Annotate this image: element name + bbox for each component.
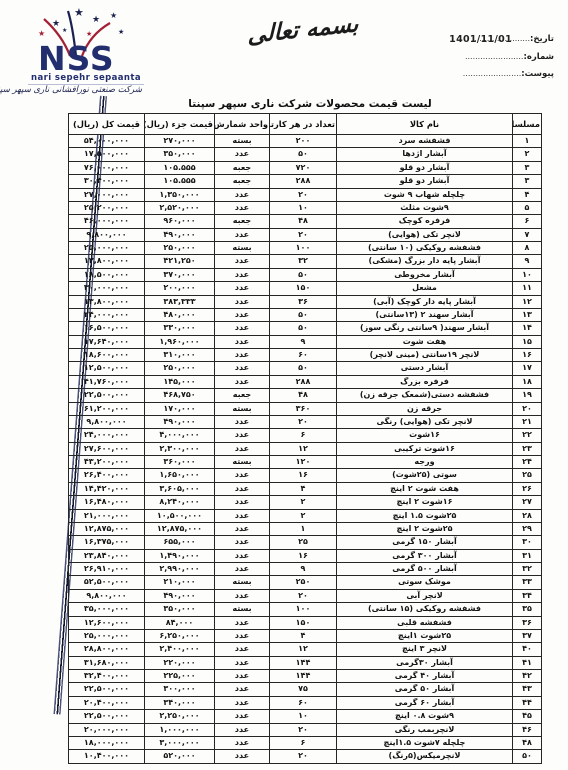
cell-qty: ۲۰ (270, 750, 337, 763)
cell-total: ۲۶,۹۱۰,۰۰۰ (69, 563, 145, 576)
cell-name: هفت شوت ۲ اینچ (337, 482, 513, 495)
cell-name: لانچر تکی (هوایی) (337, 228, 513, 241)
cell-total: ۲۵,۰۰۰,۰۰۰ (69, 242, 145, 255)
svg-text:★: ★ (110, 11, 117, 20)
cell-unit: عدد (215, 295, 270, 308)
cell-unit: عدد (215, 723, 270, 736)
table-row: ۳۶فشفشه قلبی۱۵۰عدد۸۴,۰۰۰۱۲,۶۰۰,۰۰۰ (69, 616, 542, 629)
cell-name: آبشار دو قلو (337, 175, 513, 188)
svg-text:★: ★ (62, 27, 67, 34)
table-row: ۳۳موشک سوتی۲۵۰بسته۲۱۰,۰۰۰۵۲,۵۰۰,۰۰۰ (69, 576, 542, 589)
cell-name: آبشار ۳۰گرمی (337, 656, 513, 669)
field-number: شماره:....................... (404, 52, 554, 70)
cell-name: ۲۵شوت ۱اینچ (337, 629, 513, 642)
cell-qty: ۵۰ (270, 322, 337, 335)
cell-qty: ۱۶ (270, 469, 337, 482)
cell-unit: عدد (215, 670, 270, 683)
cell-unit-price: ۴۶۸,۷۵۰ (145, 389, 215, 402)
cell-unit: عدد (215, 282, 270, 295)
cell-unit-price: ۶,۲۵۰,۰۰۰ (145, 629, 215, 642)
table-row: ۲۹۲۵شوت ۲ اینچ۱عدد۱۲,۸۷۵,۰۰۰۱۲,۸۷۵,۰۰۰ (69, 522, 542, 535)
cell-qty: ۲۸۸ (270, 375, 337, 388)
cell-name: ۱۶شوت ۲ اینچ (337, 496, 513, 509)
cell-qty: ۱۰۰ (270, 242, 337, 255)
cell-unit: عدد (215, 335, 270, 348)
cell-serial: ۲۱ (513, 415, 542, 428)
cell-unit-price: ۱۴۵,۰۰۰ (145, 375, 215, 388)
cell-unit-price: ۴۹۰,۰۰۰ (145, 589, 215, 602)
cell-name: آبشار ۶۰ گرمی (337, 696, 513, 709)
table-row: ۴۳آبشار ۵۰ گرمی۷۵عدد۳۰۰,۰۰۰۲۲,۵۰۰,۰۰۰ (69, 683, 542, 696)
svg-text:★: ★ (92, 15, 100, 25)
cell-unit-price: ۱,۶۵۰,۰۰۰ (145, 469, 215, 482)
cell-unit-price: ۲,۴۰۰,۰۰۰ (145, 643, 215, 656)
cell-name: ورجه (337, 456, 513, 469)
table-row: ۲۰جرقه زن۳۶۰بسته۱۷۰,۰۰۰۶۱,۲۰۰,۰۰۰ (69, 402, 542, 415)
cell-unit: جعبه (215, 215, 270, 228)
header-unit-price: قیمت جزء (ریال) (145, 114, 215, 135)
cell-unit: بسته (215, 242, 270, 255)
cell-unit: عدد (215, 442, 270, 455)
cell-name: آبشار پایه دار کوچک (آبی) (337, 295, 513, 308)
cell-qty: ۲۰ (270, 723, 337, 736)
header-qty: تعداد در هر کارتن (270, 114, 337, 135)
cell-total: ۲۵,۰۰۰,۰۰۰ (69, 629, 145, 642)
cell-qty: ۱۲ (270, 643, 337, 656)
table-row: ۱۸فرفره بزرگ۲۸۸عدد۱۴۵,۰۰۰۴۱,۷۶۰,۰۰۰ (69, 375, 542, 388)
cell-qty: ۶ (270, 736, 337, 749)
cell-unit: عدد (215, 629, 270, 642)
cell-serial: ۱۶ (513, 349, 542, 362)
table-row: ۲۲۱۶شوت۶عدد۴,۰۰۰,۰۰۰۲۴,۰۰۰,۰۰۰ (69, 429, 542, 442)
cell-serial: ۳ (513, 161, 542, 174)
cell-unit-price: ۱,۰۰۰,۰۰۰ (145, 723, 215, 736)
table-row: ۱۳آبشار سهند ۲ (۱۳سانتی)۵۰عدد۴۸۰,۰۰۰۲۴,۰… (69, 308, 542, 321)
cell-total: ۲۳,۸۴۰,۰۰۰ (69, 549, 145, 562)
cell-total: ۱۶,۵۰۰,۰۰۰ (69, 322, 145, 335)
cell-name: آبشار مخروطی (337, 268, 513, 281)
cell-total: ۱۷,۶۴۰,۰۰۰ (69, 335, 145, 348)
cell-total: ۱۸,۰۰۰,۰۰۰ (69, 736, 145, 749)
cell-unit: عدد (215, 375, 270, 388)
cell-name: لانچر ۱۹سانتی (مینی لانچر) (337, 349, 513, 362)
cell-unit-price: ۲,۹۹۰,۰۰۰ (145, 563, 215, 576)
cell-unit-price: ۹۶۰,۰۰۰ (145, 215, 215, 228)
cell-name: موشک سوتی (337, 576, 513, 589)
cell-serial: ۴۲ (513, 670, 542, 683)
cell-serial: ۴۵ (513, 710, 542, 723)
svg-text:★: ★ (74, 6, 84, 19)
logo-acronym: NSS (38, 42, 142, 75)
cell-total: ۲۴,۰۰۰,۰۰۰ (69, 429, 145, 442)
cell-unit-price: ۲۷۰,۰۰۰ (145, 135, 215, 148)
cell-unit-price: ۳,۶۰۵,۰۰۰ (145, 482, 215, 495)
cell-qty: ۵۰ (270, 148, 337, 161)
cell-unit: عدد (215, 148, 270, 161)
cell-qty: ۱۰ (270, 710, 337, 723)
cell-name: آبشار ۵۰ گرمی (337, 683, 513, 696)
cell-name: آبشار سهند( ۹سانتی رنگی سوز) (337, 322, 513, 335)
cell-total: ۵۲,۵۰۰,۰۰۰ (69, 576, 145, 589)
document-meta: 1401/11/01 تاریخ:.......................… (404, 34, 554, 87)
table-row: ۵۹شوت مثلث۱۰عدد۲,۵۲۰,۰۰۰۲۵,۲۰۰,۰۰۰ (69, 201, 542, 214)
cell-unit: بسته (215, 402, 270, 415)
header-unit: واحد شمارش (215, 114, 270, 135)
cell-name: فرفره کوچک (337, 215, 513, 228)
cell-serial: ۵ (513, 201, 542, 214)
header-total: قیمت کل (ریال) (69, 114, 145, 135)
cell-unit: عدد (215, 696, 270, 709)
cell-name: لانچر آبی (337, 589, 513, 602)
cell-serial: ۳۲ (513, 563, 542, 576)
cell-serial: ۲ (513, 148, 542, 161)
cell-serial: ۴۴ (513, 696, 542, 709)
cell-name: مشعل (337, 282, 513, 295)
company-logo: ★ ★ ★ ★ ★ ★ ★ ★ NSS nari sepehr sepaanta… (26, 6, 146, 102)
cell-total: ۴۶,۰۰۰,۰۰۰ (69, 215, 145, 228)
cell-unit-price: ۴,۰۰۰,۰۰۰ (145, 429, 215, 442)
cell-serial: ۲۰ (513, 402, 542, 415)
cell-total: ۵۴,۰۰۰,۰۰۰ (69, 135, 145, 148)
cell-total: ۱۷,۵۰۰,۰۰۰ (69, 148, 145, 161)
cell-name: آبشار ۴۰ گرمی (337, 670, 513, 683)
table-row: ۲۱لانچر تکی (هوایی) رنگی۲۰عدد۴۹۰,۰۰۰۹,۸۰… (69, 415, 542, 428)
svg-text:★: ★ (118, 28, 124, 36)
table-row: ۴۰لانچر ۳ اینچ۱۲عدد۲,۴۰۰,۰۰۰۲۸,۸۰۰,۰۰۰ (69, 643, 542, 656)
table-row: ۸فشفشه روکیکی (۱۰ سانتی)۱۰۰بسته۲۵۰,۰۰۰۲۵… (69, 242, 542, 255)
header-row: مسلسل نام کالا تعداد در هر کارتن واحد شم… (69, 114, 542, 135)
cell-serial: ۲۳ (513, 442, 542, 455)
cell-serial: ۱ (513, 135, 542, 148)
cell-unit-price: ۱,۹۶۰,۰۰۰ (145, 335, 215, 348)
field-number-dots: ....................... (465, 52, 524, 61)
cell-qty: ۵۰ (270, 268, 337, 281)
besmele-calligraphy: بسمه تعالی (228, 8, 377, 51)
cell-unit: بسته (215, 456, 270, 469)
cell-qty: ۲۵۰ (270, 576, 337, 589)
cell-qty: ۲۸۸ (270, 175, 337, 188)
cell-serial: ۱۲ (513, 295, 542, 308)
cell-unit-price: ۴۹۰,۰۰۰ (145, 415, 215, 428)
cell-unit-price: ۲۵۰,۰۰۰ (145, 362, 215, 375)
cell-unit-price: ۳۴۰,۰۰۰ (145, 696, 215, 709)
cell-total: ۲۸,۸۰۰,۰۰۰ (69, 643, 145, 656)
cell-unit: عدد (215, 415, 270, 428)
cell-serial: ۲۹ (513, 522, 542, 535)
cell-total: ۲۵,۲۰۰,۰۰۰ (69, 201, 145, 214)
cell-unit: عدد (215, 255, 270, 268)
cell-total: ۳۰,۰۰۰,۰۰۰ (69, 282, 145, 295)
cell-unit-price: ۱۰,۵۰۰,۰۰۰ (145, 509, 215, 522)
table-row: ۴۴آبشار ۶۰ گرمی۶۰عدد۳۴۰,۰۰۰۲۰,۴۰۰,۰۰۰ (69, 696, 542, 709)
table-row: ۳آبشار دو قلو۲۸۸جعبه۱۰۵.۵۵۵۳۰,۴۰۰,۰۰۰ (69, 175, 542, 188)
cell-qty: ۲۵ (270, 536, 337, 549)
cell-total: ۱۸,۵۰۰,۰۰۰ (69, 268, 145, 281)
cell-serial: ۳۷ (513, 629, 542, 642)
header-serial: مسلسل (513, 114, 542, 135)
cell-unit: عدد (215, 616, 270, 629)
cell-total: ۷۶,۰۰۰,۰۰۰ (69, 161, 145, 174)
cell-name: فشفشه روکیکی (۱۰ سانتی) (337, 242, 513, 255)
cell-serial: ۱۷ (513, 362, 542, 375)
cell-qty: ۱۰ (270, 201, 337, 214)
cell-unit-price: ۲۵۰,۰۰۰ (145, 242, 215, 255)
cell-unit: عدد (215, 710, 270, 723)
cell-name: لانچر تکی (هوایی) رنگی (337, 415, 513, 428)
cell-unit: عدد (215, 750, 270, 763)
cell-serial: ۴ (513, 188, 542, 201)
field-attachment-dots: ....................... (463, 69, 522, 78)
cell-total: ۳۱,۶۸۰,۰۰۰ (69, 656, 145, 669)
cell-qty: ۱ (270, 522, 337, 535)
cell-name: آبشار ۵۰۰ گرمی (337, 563, 513, 576)
cell-serial: ۳ (513, 175, 542, 188)
cell-qty: ۶۰ (270, 696, 337, 709)
cell-qty: ۲۰ (270, 415, 337, 428)
table-row: ۷لانچر تکی (هوایی)۲۰عدد۴۹۰,۰۰۰۹,۸۰۰,۰۰۰ (69, 228, 542, 241)
cell-qty: ۴۸ (270, 215, 337, 228)
table-row: ۱۱مشعل۱۵۰عدد۲۰۰,۰۰۰۳۰,۰۰۰,۰۰۰ (69, 282, 542, 295)
cell-unit-price: ۳۰۰,۰۰۰ (145, 683, 215, 696)
cell-name: ۹شوت ۰.۸ اینچ (337, 710, 513, 723)
table-row: ۲۴ورجه۱۲۰بسته۳۶۰,۰۰۰۴۳,۲۰۰,۰۰۰ (69, 456, 542, 469)
cell-name: ۱۶شوت ترکیبی (337, 442, 513, 455)
cell-qty: ۳۶ (270, 295, 337, 308)
table-row: ۱فشفشه سرد۲۰۰بسته۲۷۰,۰۰۰۵۴,۰۰۰,۰۰۰ (69, 135, 542, 148)
table-row: ۲۵سوتی (۲۵شوت)۱۶عدد۱,۶۵۰,۰۰۰۲۶,۴۰۰,۰۰۰ (69, 469, 542, 482)
cell-serial: ۵۰ (513, 750, 542, 763)
cell-serial: ۹ (513, 255, 542, 268)
cell-name: لانچر ۳ اینچ (337, 643, 513, 656)
cell-serial: ۴۳ (513, 683, 542, 696)
cell-name: آبشار دو قلو (337, 161, 513, 174)
cell-qty: ۱۴۴ (270, 656, 337, 669)
cell-name: فرفره بزرگ (337, 375, 513, 388)
field-attachment-label: پیوست: (521, 69, 554, 79)
svg-text:★: ★ (52, 19, 60, 29)
cell-unit-price: ۳۳۰,۰۰۰ (145, 322, 215, 335)
cell-unit: عدد (215, 736, 270, 749)
cell-unit: عدد (215, 188, 270, 201)
cell-qty: ۱۲ (270, 442, 337, 455)
cell-unit-price: ۳۵۰,۰۰۰ (145, 148, 215, 161)
cell-unit: عدد (215, 268, 270, 281)
cell-unit: عدد (215, 656, 270, 669)
table-row: ۳۷۲۵شوت ۱اینچ۴عدد۶,۲۵۰,۰۰۰۲۵,۰۰۰,۰۰۰ (69, 629, 542, 642)
cell-qty: ۲۰۰ (270, 135, 337, 148)
cell-total: ۱۳,۸۰۰,۰۰۰ (69, 295, 145, 308)
cell-unit: عدد (215, 228, 270, 241)
cell-unit: عدد (215, 522, 270, 535)
cell-serial: ۷ (513, 228, 542, 241)
cell-unit-price: ۸۴,۰۰۰ (145, 616, 215, 629)
cell-unit-price: ۳۵۰,۰۰۰ (145, 603, 215, 616)
cell-qty: ۶۰ (270, 349, 337, 362)
cell-unit: عدد (215, 589, 270, 602)
table-row: ۳۲آبشار ۵۰۰ گرمی۹عدد۲,۹۹۰,۰۰۰۲۶,۹۱۰,۰۰۰ (69, 563, 542, 576)
cell-total: ۳۲,۴۰۰,۰۰۰ (69, 670, 145, 683)
cell-total: ۴۱,۷۶۰,۰۰۰ (69, 375, 145, 388)
cell-unit: عدد (215, 469, 270, 482)
cell-unit-price: ۴۹۰,۰۰۰ (145, 228, 215, 241)
cell-unit-price: ۲,۳۰۰,۰۰۰ (145, 442, 215, 455)
logo-latin-name: nari sepehr sepaanta (28, 73, 144, 85)
table-row: ۱۵هفت شوت۹عدد۱,۹۶۰,۰۰۰۱۷,۶۴۰,۰۰۰ (69, 335, 542, 348)
cell-unit: عدد (215, 496, 270, 509)
cell-name: آبشار دستی (337, 362, 513, 375)
cell-serial: ۱۴ (513, 322, 542, 335)
cell-total: ۹,۸۰۰,۰۰۰ (69, 589, 145, 602)
table-row: ۲آبشار اژدها۵۰عدد۳۵۰,۰۰۰۱۷,۵۰۰,۰۰۰ (69, 148, 542, 161)
cell-serial: ۲۵ (513, 469, 542, 482)
cell-total: ۶۱,۲۰۰,۰۰۰ (69, 402, 145, 415)
cell-total: ۲۰,۴۰۰,۰۰۰ (69, 696, 145, 709)
header-name: نام کالا (337, 114, 513, 135)
cell-total: ۱۳,۸۰۰,۰۰۰ (69, 255, 145, 268)
table-row: ۲۶هفت شوت ۲ اینچ۴عدد۳,۶۰۵,۰۰۰۱۴,۴۲۰,۰۰۰ (69, 482, 542, 495)
cell-total: ۱۸,۶۰۰,۰۰۰ (69, 349, 145, 362)
cell-name: سوتی (۲۵شوت) (337, 469, 513, 482)
cell-name: ۹شوت مثلث (337, 201, 513, 214)
table-row: ۲۷۱۶شوت ۲ اینچ۲عدد۸,۲۴۰,۰۰۰۱۶,۴۸۰,۰۰۰ (69, 496, 542, 509)
cell-unit: عدد (215, 308, 270, 321)
cell-qty: ۴ (270, 629, 337, 642)
cell-unit: عدد (215, 482, 270, 495)
page-title: لیست قیمت محصولات شرکت ناری سپهر سپنتا (110, 98, 510, 110)
table-row: ۴۸چلچله ۷شوت ۱.۵اینچ۶عدد۳,۰۰۰,۰۰۰۱۸,۰۰۰,… (69, 736, 542, 749)
cell-qty: ۴۸ (270, 389, 337, 402)
cell-unit-price: ۲۲۰,۰۰۰ (145, 656, 215, 669)
field-date-label: تاریخ: (530, 34, 554, 44)
cell-unit-price: ۱۲,۸۷۵,۰۰۰ (145, 522, 215, 535)
table-row: ۱۰آبشار مخروطی۵۰عدد۳۷۰,۰۰۰۱۸,۵۰۰,۰۰۰ (69, 268, 542, 281)
cell-serial: ۲۶ (513, 482, 542, 495)
cell-unit: عدد (215, 549, 270, 562)
cell-unit-price: ۸,۲۴۰,۰۰۰ (145, 496, 215, 509)
scanned-price-list-document: ★ ★ ★ ★ ★ ★ ★ ★ NSS nari sepehr sepaanta… (0, 0, 568, 770)
cell-qty: ۱۲۰ (270, 456, 337, 469)
cell-unit-price: ۲۲۵,۰۰۰ (145, 670, 215, 683)
table-row: ۴چلچله شهاب ۹ شوت۲۰عدد۱,۳۵۰,۰۰۰۲۷,۰۰۰,۰۰… (69, 188, 542, 201)
cell-qty: ۹ (270, 563, 337, 576)
cell-serial: ۳۰ (513, 536, 542, 549)
cell-unit-price: ۳۱۰,۰۰۰ (145, 349, 215, 362)
cell-serial: ۲۷ (513, 496, 542, 509)
cell-serial: ۲۲ (513, 429, 542, 442)
cell-unit: عدد (215, 683, 270, 696)
cell-name: آبشار سهند ۲ (۱۳سانتی) (337, 308, 513, 321)
cell-serial: ۳۴ (513, 589, 542, 602)
cell-name: فشفشه روکیکی (۱۵ سانتی) (337, 603, 513, 616)
cell-total: ۲۲,۵۰۰,۰۰۰ (69, 683, 145, 696)
cell-unit-price: ۱,۳۵۰,۰۰۰ (145, 188, 215, 201)
cell-unit-price: ۵۲۰,۰۰۰ (145, 750, 215, 763)
cell-name: فشفشه دستی(شمعک جرقه زن) (337, 389, 513, 402)
cell-serial: ۸ (513, 242, 542, 255)
cell-total: ۲۴,۰۰۰,۰۰۰ (69, 308, 145, 321)
cell-serial: ۳۵ (513, 603, 542, 616)
cell-serial: ۴۱ (513, 656, 542, 669)
cell-total: ۱۲,۶۰۰,۰۰۰ (69, 616, 145, 629)
cell-unit: جعبه (215, 175, 270, 188)
cell-unit-price: ۶۵۵,۰۰۰ (145, 536, 215, 549)
cell-name: جرقه زن (337, 402, 513, 415)
date-value: 1401/11/01 (449, 34, 512, 45)
cell-serial: ۳۱ (513, 549, 542, 562)
cell-qty: ۱۶ (270, 549, 337, 562)
cell-qty: ۲۰ (270, 188, 337, 201)
table-row: ۹آبشار پایه دار بزرگ (مشکی)۳۲عدد۴۲۱,۲۵۰۱… (69, 255, 542, 268)
cell-qty: ۱۴۴ (270, 670, 337, 683)
table-row: ۴۲آبشار ۴۰ گرمی۱۴۴عدد۲۲۵,۰۰۰۳۲,۴۰۰,۰۰۰ (69, 670, 542, 683)
table-row: ۱۷آبشار دستی۵۰عدد۲۵۰,۰۰۰۱۲,۵۰۰,۰۰۰ (69, 362, 542, 375)
cell-qty: ۱۵۰ (270, 282, 337, 295)
cell-qty: ۶ (270, 429, 337, 442)
cell-total: ۱۲,۵۰۰,۰۰۰ (69, 362, 145, 375)
cell-serial: ۱۵ (513, 335, 542, 348)
cell-name: لانچربمب رنگی (337, 723, 513, 736)
logo-persian-name: شرکت صنعتی نورافشانی ناری سپهر سپنتا (26, 85, 142, 96)
cell-total: ۹,۸۰۰,۰۰۰ (69, 415, 145, 428)
table-row: ۳۱آبشار ۳۰۰ گرمی۱۶عدد۱,۴۹۰,۰۰۰۲۳,۸۴۰,۰۰۰ (69, 549, 542, 562)
cell-serial: ۳۳ (513, 576, 542, 589)
cell-qty: ۲ (270, 509, 337, 522)
cell-serial: ۱۸ (513, 375, 542, 388)
field-number-label: شماره: (523, 52, 554, 62)
cell-unit-price: ۳۸۳,۳۳۳ (145, 295, 215, 308)
table-row: ۵۰لانچرمیکس(۵رنگ)۲۰عدد۵۲۰,۰۰۰۱۰,۴۰۰,۰۰۰ (69, 750, 542, 763)
table-row: ۳۵فشفشه روکیکی (۱۵ سانتی)۱۰۰بسته۳۵۰,۰۰۰۳… (69, 603, 542, 616)
cell-name: چلچله ۷شوت ۱.۵اینچ (337, 736, 513, 749)
table-row: ۴۵۹شوت ۰.۸ اینچ۱۰عدد۲,۲۵۰,۰۰۰۲۲,۵۰۰,۰۰۰ (69, 710, 542, 723)
cell-total: ۳۰,۴۰۰,۰۰۰ (69, 175, 145, 188)
cell-serial: ۱۳ (513, 308, 542, 321)
cell-unit-price: ۱۷۰,۰۰۰ (145, 402, 215, 415)
cell-total: ۴۳,۲۰۰,۰۰۰ (69, 456, 145, 469)
cell-unit-price: ۴۲۱,۲۵۰ (145, 255, 215, 268)
cell-total: ۹,۸۰۰,۰۰۰ (69, 228, 145, 241)
cell-unit: عدد (215, 349, 270, 362)
cell-serial: ۳۶ (513, 616, 542, 629)
cell-unit: عدد (215, 563, 270, 576)
cell-total: ۱۴,۴۲۰,۰۰۰ (69, 482, 145, 495)
cell-total: ۲۷,۰۰۰,۰۰۰ (69, 188, 145, 201)
cell-name: آبشار اژدها (337, 148, 513, 161)
cell-serial: ۱۹ (513, 389, 542, 402)
cell-unit-price: ۳۷۰,۰۰۰ (145, 268, 215, 281)
cell-name: فشفشه سرد (337, 135, 513, 148)
table-row: ۴۶لانچربمب رنگی۲۰عدد۱,۰۰۰,۰۰۰۲۰,۰۰۰,۰۰۰ (69, 723, 542, 736)
cell-total: ۲۰,۰۰۰,۰۰۰ (69, 723, 145, 736)
cell-qty: ۴ (270, 482, 337, 495)
cell-name: آبشار ۱۵۰ گرمی (337, 536, 513, 549)
table-row: ۴۱آبشار ۳۰گرمی۱۴۴عدد۲۲۰,۰۰۰۳۱,۶۸۰,۰۰۰ (69, 656, 542, 669)
table-row: ۳آبشار دو قلو۷۲۰جعبه۱۰۵.۵۵۵۷۶,۰۰۰,۰۰۰ (69, 161, 542, 174)
cell-unit: عدد (215, 643, 270, 656)
cell-qty: ۳۶۰ (270, 402, 337, 415)
cell-unit: بسته (215, 135, 270, 148)
cell-unit: عدد (215, 201, 270, 214)
cell-unit-price: ۱۰۵.۵۵۵ (145, 161, 215, 174)
field-attachment: پیوست:....................... (404, 69, 554, 87)
cell-name: آبشار پایه دار بزرگ (مشکی) (337, 255, 513, 268)
cell-unit: عدد (215, 509, 270, 522)
cell-unit: بسته (215, 576, 270, 589)
cell-unit-price: ۲,۲۵۰,۰۰۰ (145, 710, 215, 723)
cell-serial: ۴۶ (513, 723, 542, 736)
cell-serial: ۲۴ (513, 456, 542, 469)
cell-unit: عدد (215, 322, 270, 335)
